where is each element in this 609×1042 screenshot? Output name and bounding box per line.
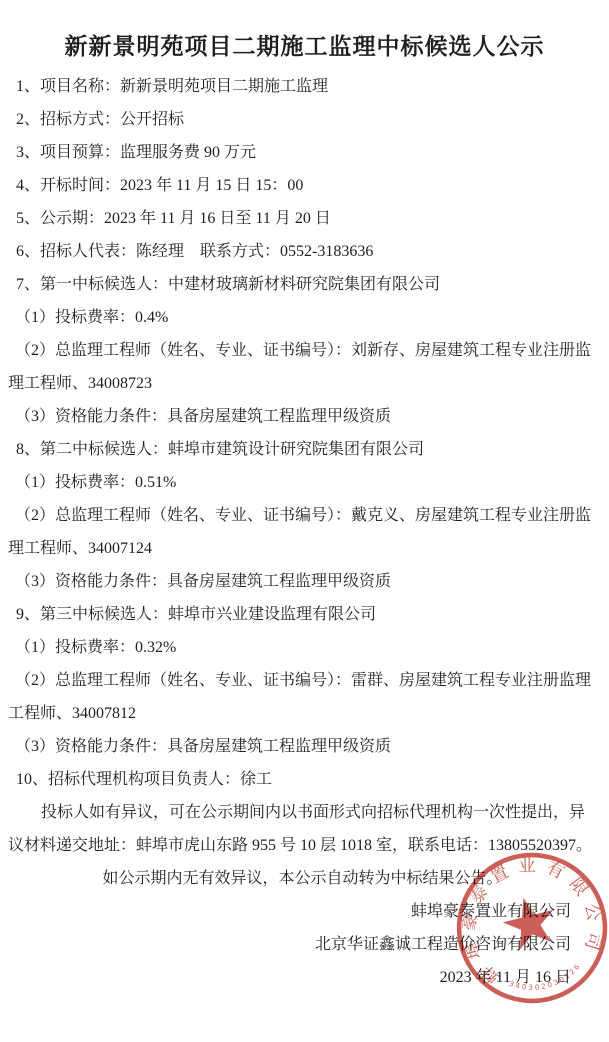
objection-paragraph: 投标人如有异议，可在公示期间内以书面形式向招标代理机构一次性提出，异议材料递交地… [8, 796, 597, 862]
page-title: 新新景明苑项目二期施工监理中标候选人公示 [0, 0, 609, 64]
numbered-lines: 1、项目名称：新新景明苑项目二期施工监理2、招标方式：公开招标3、项目预算：监理… [8, 70, 597, 796]
announcement-line: 1、项目名称：新新景明苑项目二期施工监理 [8, 70, 597, 103]
announcement-line: （3）资格能力条件：具备房屋建筑工程监理甲级资质 [8, 565, 597, 598]
signature-date: 2023 年 11 月 16 日 [8, 961, 597, 994]
announcement-line: 4、开标时间：2023 年 11 月 15 日 15：00 [8, 169, 597, 202]
announcement-line: （3）资格能力条件：具备房屋建筑工程监理甲级资质 [8, 730, 597, 763]
announcement-line: 9、第三中标候选人：蚌埠市兴业建设监理有限公司 [8, 598, 597, 631]
announcement-body: 1、项目名称：新新景明苑项目二期施工监理2、招标方式：公开招标3、项目预算：监理… [0, 64, 609, 994]
signature-company-2: 北京华证鑫诚工程造价咨询有限公司 [8, 928, 597, 961]
announcement-line: 8、第二中标候选人：蚌埠市建筑设计研究院集团有限公司 [8, 433, 597, 466]
announcement-line: 5、公示期：2023 年 11 月 16 日至 11 月 20 日 [8, 202, 597, 235]
announcement-line: （2）总监理工程师（姓名、专业、证书编号）：雷群、房屋建筑工程专业注册监理工程师… [8, 664, 597, 730]
signature-company-1: 蚌埠豪泰置业有限公司 [8, 895, 597, 928]
announcement-line: 2、招标方式：公开招标 [8, 103, 597, 136]
announcement-line: 6、招标人代表：陈经理 联系方式：0552-3183636 [8, 235, 597, 268]
announcement-line: （2）总监理工程师（姓名、专业、证书编号）：戴克义、房屋建筑工程专业注册监理工程… [8, 499, 597, 565]
announcement-line: 10、招标代理机构项目负责人：徐工 [8, 763, 597, 796]
announcement-line: （3）资格能力条件：具备房屋建筑工程监理甲级资质 [8, 400, 597, 433]
announcement-line: 7、第一中标候选人：中建材玻璃新材料研究院集团有限公司 [8, 268, 597, 301]
announcement-line: （1）投标费率：0.4% [8, 301, 597, 334]
closing-line: 如公示期内无有效异议，本公示自动转为中标结果公告。 [8, 862, 597, 895]
announcement-page: 新新景明苑项目二期施工监理中标候选人公示 1、项目名称：新新景明苑项目二期施工监… [0, 0, 609, 1042]
announcement-line: （1）投标费率：0.32% [8, 631, 597, 664]
announcement-line: （2）总监理工程师（姓名、专业、证书编号）：刘新存、房屋建筑工程专业注册监理工程… [8, 334, 597, 400]
announcement-line: （1）投标费率：0.51% [8, 466, 597, 499]
announcement-line: 3、项目预算：监理服务费 90 万元 [8, 136, 597, 169]
